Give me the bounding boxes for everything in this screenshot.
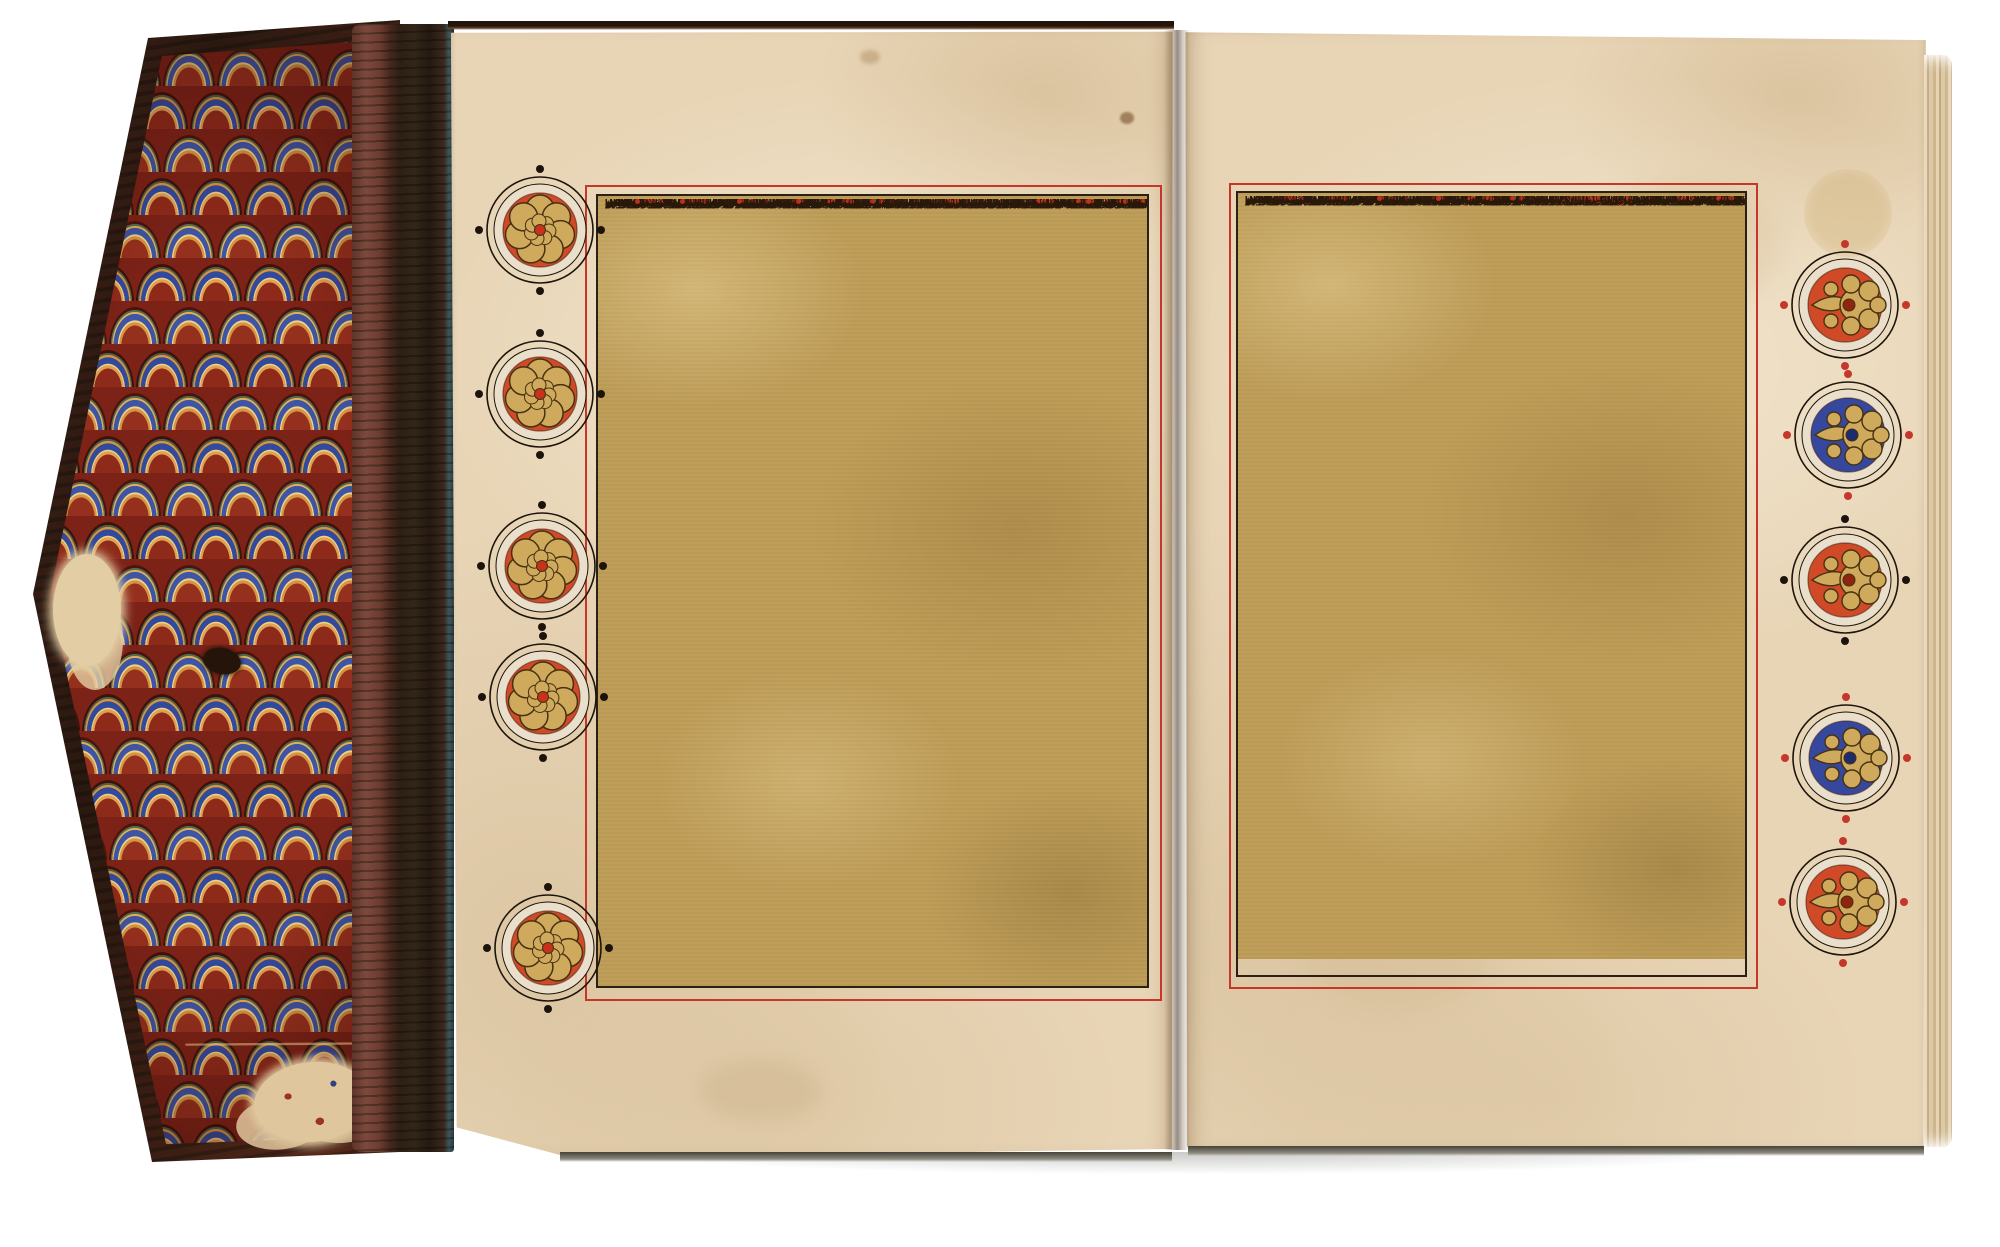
center-gutter-shadow	[1164, 30, 1190, 1150]
flap-wear-patch	[53, 554, 121, 666]
script-line: والسماء بناء لا اله الا هو وقال موسى ثم …	[1245, 196, 1747, 207]
verse-marker-dot	[1377, 196, 1382, 201]
right-page-bottom-edge	[1188, 1146, 1924, 1156]
verse-marker-dot	[1086, 199, 1091, 204]
verse-marker-dot	[635, 199, 640, 204]
right-text-lines: قال الله تعالى من دون المؤمنين رسول الله…	[1238, 193, 1745, 975]
spine-leather	[352, 24, 454, 1152]
verse-marker-dot	[680, 199, 685, 204]
left-text-lines: قال الله تعالى من دون المؤمنين رسول الله…	[598, 196, 1147, 986]
right-fore-edge-page-stack	[1924, 55, 1952, 1147]
cover-edge-behind-left-page	[448, 21, 1174, 30]
manuscript-photograph: قال الله تعالى من دون المؤمنين رسول الله…	[0, 0, 2000, 1247]
left-page-bottom-edge	[560, 1152, 1172, 1162]
right-gold-text-field: قال الله تعالى من دون المؤمنين رسول الله…	[1236, 191, 1747, 977]
left-gold-text-field: قال الله تعالى من دون المؤمنين رسول الله…	[596, 194, 1149, 988]
script-line: سبحان الذي الكتاب والحكمة امرنا نجينا قا…	[605, 199, 1149, 210]
verse-marker-dot	[1745, 196, 1747, 201]
left-text-frame: قال الله تعالى من دون المؤمنين رسول الله…	[585, 185, 1162, 1001]
right-text-frame: قال الله تعالى من دون المؤمنين رسول الله…	[1229, 183, 1758, 989]
medallion-offset-ghost	[1804, 169, 1892, 257]
